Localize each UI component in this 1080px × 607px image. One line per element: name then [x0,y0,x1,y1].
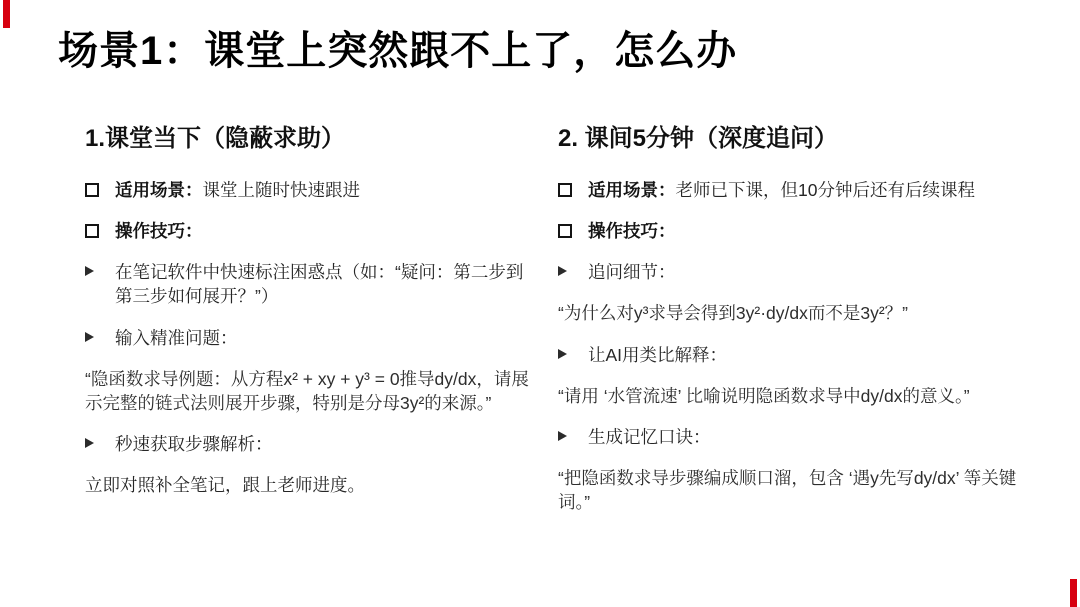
square-bullet-icon [558,224,572,238]
bullet-label: 适用场景： [115,180,203,200]
bullet-gutter [558,260,588,284]
slide-title: 场景1：课堂上突然跟不上了，怎么办 [0,0,1080,74]
square-bullet-icon [558,183,572,197]
column-1-heading: 1.课堂当下（隐蔽求助） [85,124,533,154]
bullet-gutter [558,178,588,202]
arrow-bullet-icon [85,266,94,276]
bullet-gutter [85,178,115,202]
bullet-gutter [558,219,588,243]
bullet-label: 操作技巧： [115,221,203,241]
arrow-item-memory-mnemonic: 生成记忆口诀： [558,425,1022,449]
arrow-bullet-icon [558,349,567,359]
square-bullet-icon [85,224,99,238]
square-bullet-icon [85,183,99,197]
bullet-value: 课堂上随时快速跟进 [203,180,361,200]
quote-mnemonic-prompt: “把隐函数求导步骤编成顺口溜，包含 ‘遇y先写dy/dx’ 等关键词。” [558,466,1022,514]
arrow-item-ai-analogy: 让AI用类比解释： [558,343,1022,367]
bullet-gutter [558,425,588,449]
red-accent-bar-bottom-right [1070,579,1077,607]
arrow-item-precise-question: 输入精准问题： [85,326,533,350]
bullet-gutter [85,219,115,243]
bullet-label: 操作技巧： [588,221,676,241]
bullet-text: 操作技巧： [115,219,203,243]
bullet-text: 操作技巧： [588,219,676,243]
arrow-item-instant-steps: 秒速获取步骤解析： [85,432,533,456]
quote-water-pipe-analogy: “请用 ‘水管流速’ 比喻说明隐函数求导中dy/dx的意义。” [558,384,1022,408]
arrow-text: 秒速获取步骤解析： [115,432,273,456]
bullet-gutter [85,260,115,308]
arrow-bullet-icon [85,438,94,448]
arrow-text: 让AI用类比解释： [588,343,727,367]
red-accent-bar-top-left [3,0,10,28]
paragraph-catch-up-notes: 立即对照补全笔记，跟上老师进度。 [85,473,533,497]
slide-body: 1.课堂当下（隐蔽求助） 适用场景：课堂上随时快速跟进 操作技巧： 在笔记软件中… [85,124,1022,531]
bullet-item-usage-scene: 适用场景：老师已下课，但10分钟后还有后续课程 [558,178,1022,202]
bullet-text: 适用场景：课堂上随时快速跟进 [115,178,360,202]
arrow-text: 生成记忆口诀： [588,425,711,449]
arrow-bullet-icon [558,266,567,276]
bullet-value: 老师已下课，但10分钟后还有后续课程 [676,180,975,200]
column-1-classroom-now: 1.课堂当下（隐蔽求助） 适用场景：课堂上随时快速跟进 操作技巧： 在笔记软件中… [85,124,533,531]
column-2-break-five-minutes: 2. 课间5分钟（深度追问） 适用场景：老师已下课，但10分钟后还有后续课程 操… [558,124,1022,531]
bullet-gutter [85,326,115,350]
bullet-label: 适用场景： [588,180,676,200]
arrow-text: 在笔记软件中快速标注困惑点（如：“疑问：第二步到第三步如何展开？”） [115,260,533,308]
bullet-gutter [85,432,115,456]
bullet-item-usage-scene: 适用场景：课堂上随时快速跟进 [85,178,533,202]
arrow-item-mark-confusion: 在笔记软件中快速标注困惑点（如：“疑问：第二步到第三步如何展开？”） [85,260,533,308]
arrow-bullet-icon [558,431,567,441]
arrow-bullet-icon [85,332,94,342]
quote-why-3y2-question: “为什么对y³求导会得到3y²·dy/dx而不是3y²？” [558,301,1022,325]
arrow-item-follow-up-details: 追问细节： [558,260,1022,284]
arrow-text: 追问细节： [588,260,676,284]
column-2-heading: 2. 课间5分钟（深度追问） [558,124,1022,154]
arrow-text: 输入精准问题： [115,326,238,350]
bullet-gutter [558,343,588,367]
bullet-item-operation-tips: 操作技巧： [85,219,533,243]
quote-implicit-derivative-prompt: “隐函数求导例题：从方程x² + xy + y³ = 0推导dy/dx，请展示完… [85,367,533,415]
bullet-text: 适用场景：老师已下课，但10分钟后还有后续课程 [588,178,975,202]
bullet-item-operation-tips: 操作技巧： [558,219,1022,243]
